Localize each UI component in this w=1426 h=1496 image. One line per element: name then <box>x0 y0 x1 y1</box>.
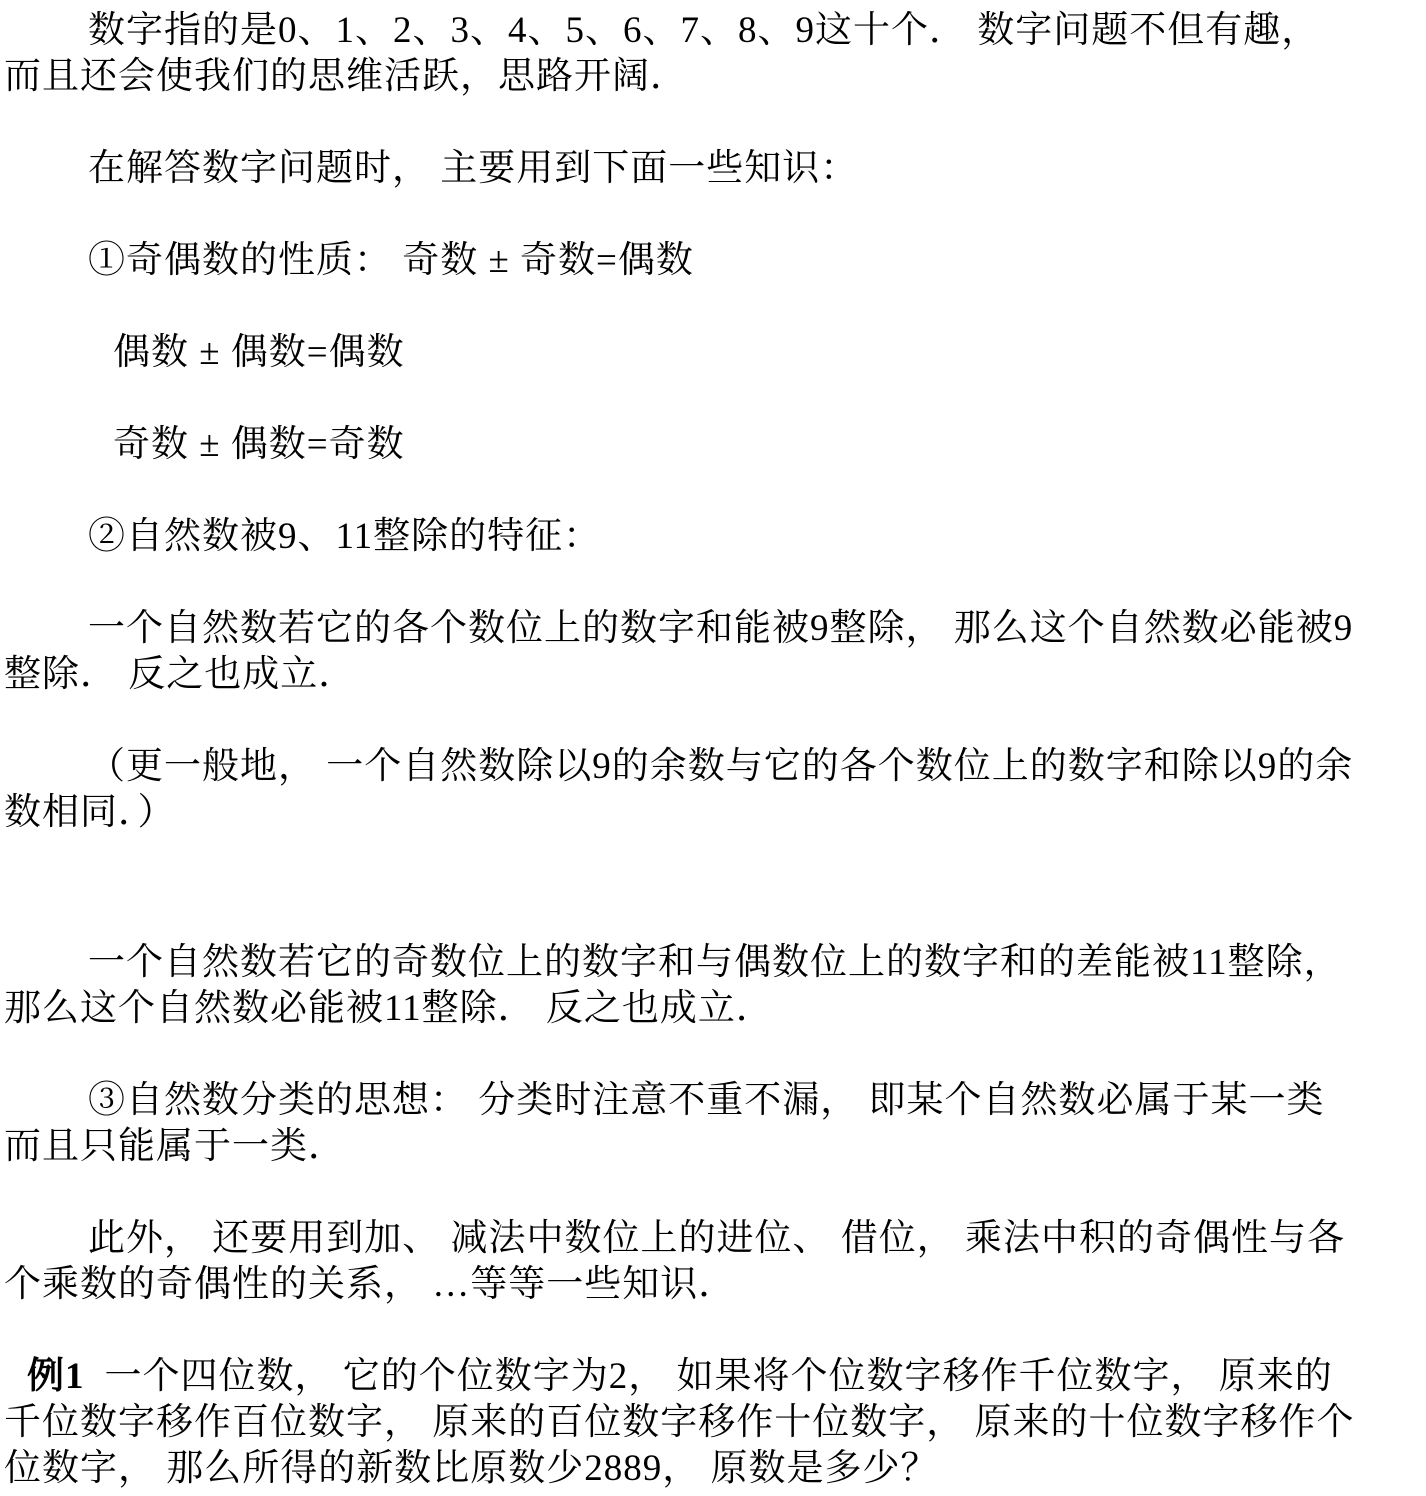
rule2-divisibility-heading: ②自然数被9、11整除的特征： <box>4 514 1356 560</box>
example1-paragraph: 例1一个四位数， 它的个位数字为2， 如果将个位数字移作千位数字， 原来的千位数… <box>4 1354 1356 1492</box>
rule2-divisible-by-11-paragraph: 一个自然数若它的奇数位上的数字和与偶数位上的数字和的差能被11整除， 那么这个自… <box>4 940 1356 1032</box>
rule1-equation-odd-plus-even: 奇数 ± 偶数=奇数 <box>4 422 1356 468</box>
rule1-equation-even-plus-even: 偶数 ± 偶数=偶数 <box>4 330 1356 376</box>
rule2-divisible-by-9-paragraph: 一个自然数若它的各个数位上的数字和能被9整除， 那么这个自然数必能被9整除． 反… <box>4 606 1356 698</box>
rule3-classification-paragraph: ③自然数分类的思想： 分类时注意不重不漏， 即某个自然数必属于某一类而且只能属于… <box>4 1078 1356 1170</box>
rule2-div9-remainder-note: （更一般地， 一个自然数除以9的余数与它的各个数位上的数字和除以9的余数相同．） <box>4 744 1356 836</box>
example1-text: 一个四位数， 它的个位数字为2， 如果将个位数字移作千位数字， 原来的千位数字移… <box>4 1356 1355 1489</box>
example1-label: 例1 <box>27 1356 85 1397</box>
additional-knowledge-paragraph: 此外， 还要用到加、 减法中数位上的进位、 借位， 乘法中积的奇偶性与各个乘数的… <box>4 1216 1356 1308</box>
document-page: 数字指的是0、1、2、3、4、5、6、7、8、9这十个． 数字问题不但有趣，而且… <box>0 0 1426 1496</box>
rule1-odd-even-heading: ①奇偶数的性质： 奇数 ± 奇数=偶数 <box>4 238 1356 284</box>
intro-paragraph: 数字指的是0、1、2、3、4、5、6、7、8、9这十个． 数字问题不但有趣，而且… <box>4 8 1356 100</box>
knowledge-lead-in-paragraph: 在解答数字问题时， 主要用到下面一些知识： <box>4 146 1356 192</box>
